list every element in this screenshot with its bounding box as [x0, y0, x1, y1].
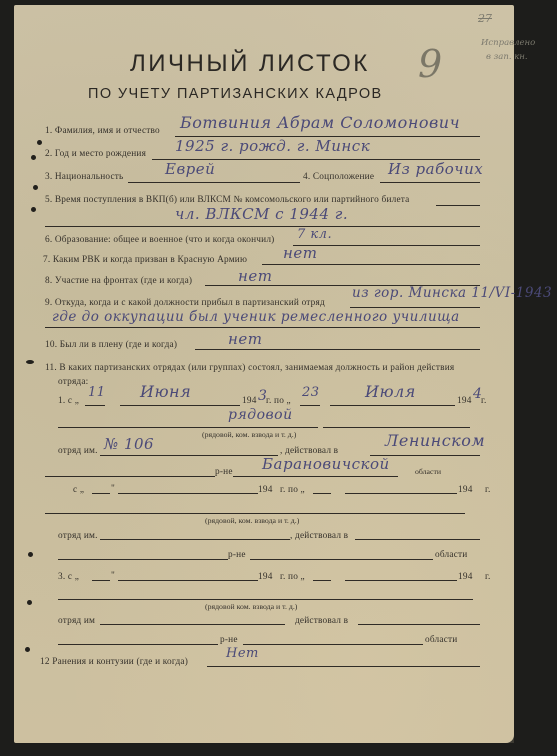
- page-title: ЛИЧНЫЙ ЛИСТОК: [130, 50, 370, 78]
- binder-hole: [33, 185, 38, 190]
- entry1-to-month[interactable]: Июля: [365, 382, 416, 401]
- entry1-rayon-label: р-не: [215, 467, 233, 477]
- field-1-label: 1. Фамилия, имя и отчество: [45, 126, 160, 136]
- entry1-oblast-value[interactable]: Барановичской: [262, 455, 390, 473]
- field-4-label: 4. Соцположение: [303, 172, 374, 182]
- field-3-value[interactable]: Еврей: [165, 160, 215, 178]
- entry2-quote: ": [111, 484, 115, 494]
- entry3-year-suffix: г.: [485, 572, 491, 582]
- entry1-position-hint: (рядовой, ком. взвода и т. д.): [202, 430, 296, 439]
- entry1-otryad-value[interactable]: № 106: [104, 435, 154, 453]
- field-2-value[interactable]: 1925 г. рожд. г. Минск: [175, 137, 370, 155]
- field-8-label: 8. Участие на фронтах (где и когда): [45, 276, 192, 286]
- page-subtitle: ПО УЧЕТУ ПАРТИЗАНСКИХ КАДРОВ: [88, 86, 383, 102]
- entry1-to-day[interactable]: 23: [302, 385, 320, 400]
- entry1-year-suffix: г.: [481, 396, 487, 406]
- field-3-label: 3. Национальность: [45, 172, 123, 182]
- entry3-num: 3. с „: [58, 572, 79, 582]
- binder-hole: [25, 647, 30, 652]
- corner-note-line2: в зап. кн.: [486, 52, 528, 62]
- field-10-label: 10. Был ли в плену (где и когда): [45, 340, 177, 350]
- binder-hole: [31, 207, 36, 212]
- binder-hole: [31, 155, 36, 160]
- corner-crossed-number: 27: [478, 12, 492, 25]
- entry1-oblast-label: области: [415, 467, 441, 476]
- entry2-acted-label: , действовал в: [290, 531, 348, 541]
- entry2-year-prefix-2: 194: [458, 485, 473, 495]
- entry2-year-suffix: г.: [485, 485, 491, 495]
- sheet-number: 9: [418, 42, 442, 86]
- entry3-to-label: г. по „: [280, 572, 305, 582]
- entry2-num: с „: [73, 485, 84, 495]
- field-1-value[interactable]: Ботвиния Абрам Соломонович: [180, 113, 460, 132]
- field-12-value[interactable]: Нет: [226, 646, 259, 661]
- field-7-label: 7. Каким РВК и когда призван в Красную А…: [43, 255, 247, 265]
- field-7-value[interactable]: нет: [283, 244, 317, 262]
- field-8-value[interactable]: нет: [238, 267, 272, 285]
- entry3-quote: ": [111, 571, 115, 581]
- field-6-value[interactable]: 7 кл.: [297, 227, 332, 242]
- field-11-label: 11. В каких партизанских отрядах (или гр…: [45, 363, 454, 373]
- entry1-from-day[interactable]: 11: [88, 385, 106, 400]
- entry2-otryad-label: отряд им.: [58, 531, 98, 541]
- field-11-label-cont: отряда:: [58, 377, 88, 387]
- field-2-label: 2. Год и место рождения: [45, 149, 146, 159]
- entry2-year-prefix: 194: [258, 485, 273, 495]
- entry3-year-prefix: 194: [258, 572, 273, 582]
- field-9-value-line2[interactable]: где до оккупации был ученик ремесленного…: [52, 309, 460, 325]
- entry1-to-label: г. по „: [266, 396, 291, 406]
- entry1-position[interactable]: рядовой: [228, 407, 293, 423]
- entry3-position-hint: (рядовой ком. взвода и т. д.): [205, 602, 297, 611]
- entry1-acted-value[interactable]: Ленинском: [385, 431, 485, 450]
- corner-note-line1: Исправлено: [481, 38, 535, 48]
- binder-hole: [27, 600, 32, 605]
- field-9-label: 9. Откуда, когда и с какой должности при…: [45, 298, 325, 308]
- entry2-position-hint: (рядовой, ком. взвода и т. д.): [205, 516, 299, 525]
- field-6-label: 6. Образование: общее и военное (что и к…: [45, 235, 274, 245]
- field-5-value[interactable]: чл. ВЛКСМ с 1944 г.: [175, 205, 348, 223]
- field-9-value-line1[interactable]: из гор. Минска 11/VI-1943 г.: [352, 285, 557, 301]
- entry3-acted-label: действовал в: [295, 616, 348, 626]
- entry3-rayon-label: р-не: [220, 635, 238, 645]
- entry1-num: 1. с „: [58, 396, 79, 406]
- binder-hole: [37, 140, 42, 145]
- binder-hole: [26, 360, 34, 364]
- field-4-value[interactable]: Из рабочих: [388, 160, 483, 178]
- entry3-otryad-label: отряд им: [58, 616, 95, 626]
- entry1-otryad-label: отряд им.: [58, 446, 98, 456]
- entry1-from-month[interactable]: Июня: [140, 382, 191, 401]
- entry1-to-year-prefix: 194: [457, 396, 472, 406]
- entry2-to-label: г. по „: [280, 485, 305, 495]
- entry1-from-year-prefix: 194: [242, 396, 257, 406]
- field-10-value[interactable]: нет: [228, 330, 262, 348]
- entry3-year-prefix-2: 194: [458, 572, 473, 582]
- field-12-label: 12 Ранения и контузии (где и когда): [40, 657, 188, 667]
- entry2-oblast-label: области: [435, 550, 467, 560]
- entry3-oblast-label: области: [425, 635, 457, 645]
- entry2-rayon-label: р-не: [228, 550, 246, 560]
- field-5-label: 5. Время поступления в ВКП(б) или ВЛКСМ …: [45, 195, 409, 205]
- binder-hole: [28, 552, 33, 557]
